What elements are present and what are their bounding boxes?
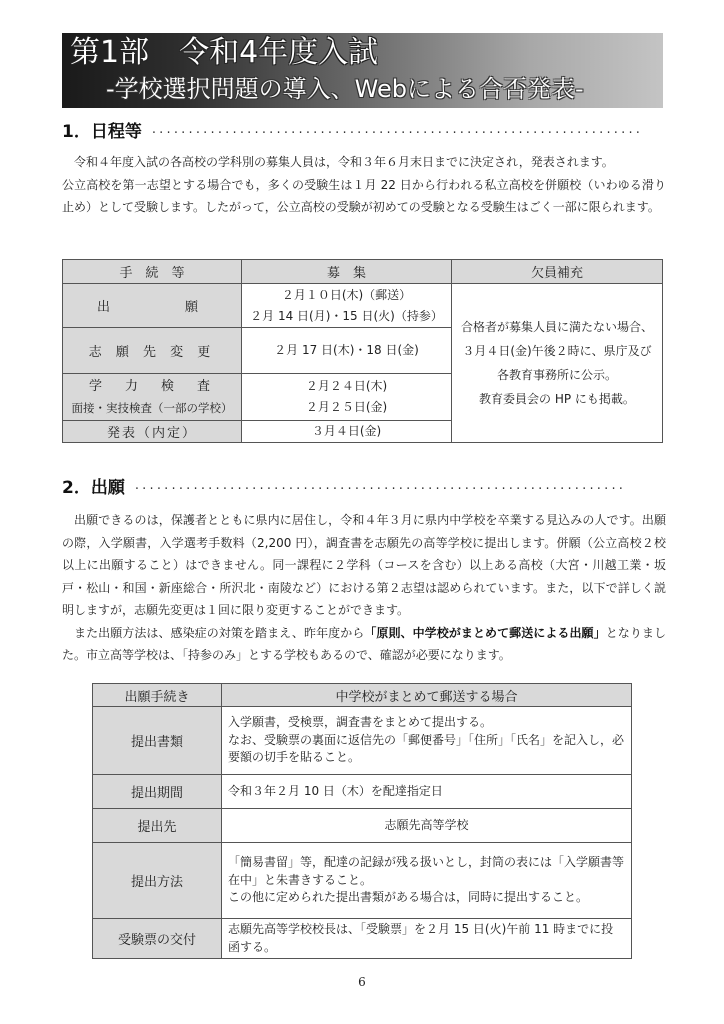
section-1-heading: 1．日程等···································… bbox=[62, 121, 643, 145]
section-2-body: 出願できるのは，保護者とともに県内に居住し，令和４年３月に県内中学校を卒業する見… bbox=[62, 509, 666, 667]
table-row: 提出書類 入学願書，受検票，調査書をまとめて提出する。 なお、受験票の裏面に返信… bbox=[93, 707, 632, 775]
table-header-row: 手 続 等 募 集 欠員補充 bbox=[63, 260, 663, 284]
leader-dots: ········································… bbox=[135, 482, 626, 497]
table-header-row: 出願手続き 中学校がまとめて郵送する場合 bbox=[93, 684, 632, 707]
section-1-body: 令和４年度入試の各高校の学科別の募集人員は，令和３年６月末日までに決定され，発表… bbox=[62, 151, 666, 219]
page-subtitle: -学校選択問題の導入、Webによる合否発表- bbox=[106, 73, 646, 105]
row-sublabel: 面接・実技検査（一部の学校） bbox=[63, 398, 241, 418]
page-number: 6 bbox=[0, 975, 724, 989]
row-label: 提出期間 bbox=[93, 775, 222, 809]
row-label: 受験票の交付 bbox=[93, 919, 222, 959]
paragraph: 公立高校を第一志望とする場合でも，多くの受験生は１月 22 日から行われる私立高… bbox=[62, 174, 666, 219]
application-procedure-table: 出願手続き 中学校がまとめて郵送する場合 提出書類 入学願書，受検票，調査書をま… bbox=[92, 683, 632, 959]
row-value: ２月２４日(木) ２月２５日(金) bbox=[242, 374, 452, 421]
emphasis-text: 「原則、中学校がまとめて郵送による出願」 bbox=[364, 626, 605, 640]
section-1-title: 1．日程等 bbox=[62, 122, 142, 142]
row-label: 提出方法 bbox=[93, 843, 222, 919]
paragraph: 出願できるのは，保護者とともに県内に居住し，令和４年３月に県内中学校を卒業する見… bbox=[62, 509, 666, 622]
row-label: 提出書類 bbox=[93, 707, 222, 775]
header-vacancy: 欠員補充 bbox=[452, 260, 663, 284]
row-label: 学 力 検 査 面接・実技検査（一部の学校） bbox=[63, 374, 242, 421]
vacancy-note: 合格者が募集人員に満たない場合、 ３月４日(金)午後２時に、県庁及び 各教育事務… bbox=[452, 284, 663, 443]
row-value: 志願先高等学校 bbox=[222, 809, 632, 843]
header-procedure: 出願手続き bbox=[93, 684, 222, 707]
paragraph: 令和４年度入試の各高校の学科別の募集人員は，令和３年６月末日までに決定され，発表… bbox=[62, 151, 666, 174]
row-label: 出 願 bbox=[63, 284, 242, 328]
table-row: 提出期間 令和３年２月 10 日（木）を配達指定日 bbox=[93, 775, 632, 809]
paragraph: また出願方法は、感染症の対策を踏まえ、昨年度から「原則、中学校がまとめて郵送によ… bbox=[62, 622, 666, 667]
header-procedure: 手 続 等 bbox=[63, 260, 242, 284]
leader-dots: ········································… bbox=[152, 126, 643, 141]
row-value: ２月 17 日(木)・18 日(金) bbox=[242, 328, 452, 374]
table-row: 提出方法 「簡易書留」等，配達の記録が残る扱いとし，封筒の表には「入学願書等在中… bbox=[93, 843, 632, 919]
row-label: 志 願 先 変 更 bbox=[63, 328, 242, 374]
table-row: 出 願 ２月１０日(木)（郵送） ２月 14 日(月)・15 日(火)（持参） … bbox=[63, 284, 663, 328]
row-value: 「簡易書留」等，配達の記録が残る扱いとし，封筒の表には「入学願書等在中」と朱書き… bbox=[222, 843, 632, 919]
row-value: 令和３年２月 10 日（木）を配達指定日 bbox=[222, 775, 632, 809]
header-recruitment: 募 集 bbox=[242, 260, 452, 284]
title-banner: 第1部 令和4年度入試 -学校選択問題の導入、Webによる合否発表- bbox=[62, 33, 663, 108]
row-label: 発表（内定） bbox=[63, 421, 242, 443]
table-row: 提出先 志願先高等学校 bbox=[93, 809, 632, 843]
schedule-table: 手 続 等 募 集 欠員補充 出 願 ２月１０日(木)（郵送） ２月 14 日(… bbox=[62, 259, 663, 443]
section-2-title: 2．出願 bbox=[62, 478, 125, 498]
row-value: 入学願書，受検票，調査書をまとめて提出する。 なお、受験票の裏面に返信先の「郵便… bbox=[222, 707, 632, 775]
row-value: 志願先高等学校校長は、「受験票」を２月 15 日(火)午前 11 時までに投函す… bbox=[222, 919, 632, 959]
table-row: 受験票の交付 志願先高等学校校長は、「受験票」を２月 15 日(火)午前 11 … bbox=[93, 919, 632, 959]
section-2-heading: 2．出願····································… bbox=[62, 477, 626, 501]
header-method: 中学校がまとめて郵送する場合 bbox=[222, 684, 632, 707]
page-title: 第1部 令和4年度入試 bbox=[70, 35, 671, 71]
row-value: ２月１０日(木)（郵送） ２月 14 日(月)・15 日(火)（持参） bbox=[242, 284, 452, 328]
row-label: 提出先 bbox=[93, 809, 222, 843]
row-value: ３月４日(金) bbox=[242, 421, 452, 443]
